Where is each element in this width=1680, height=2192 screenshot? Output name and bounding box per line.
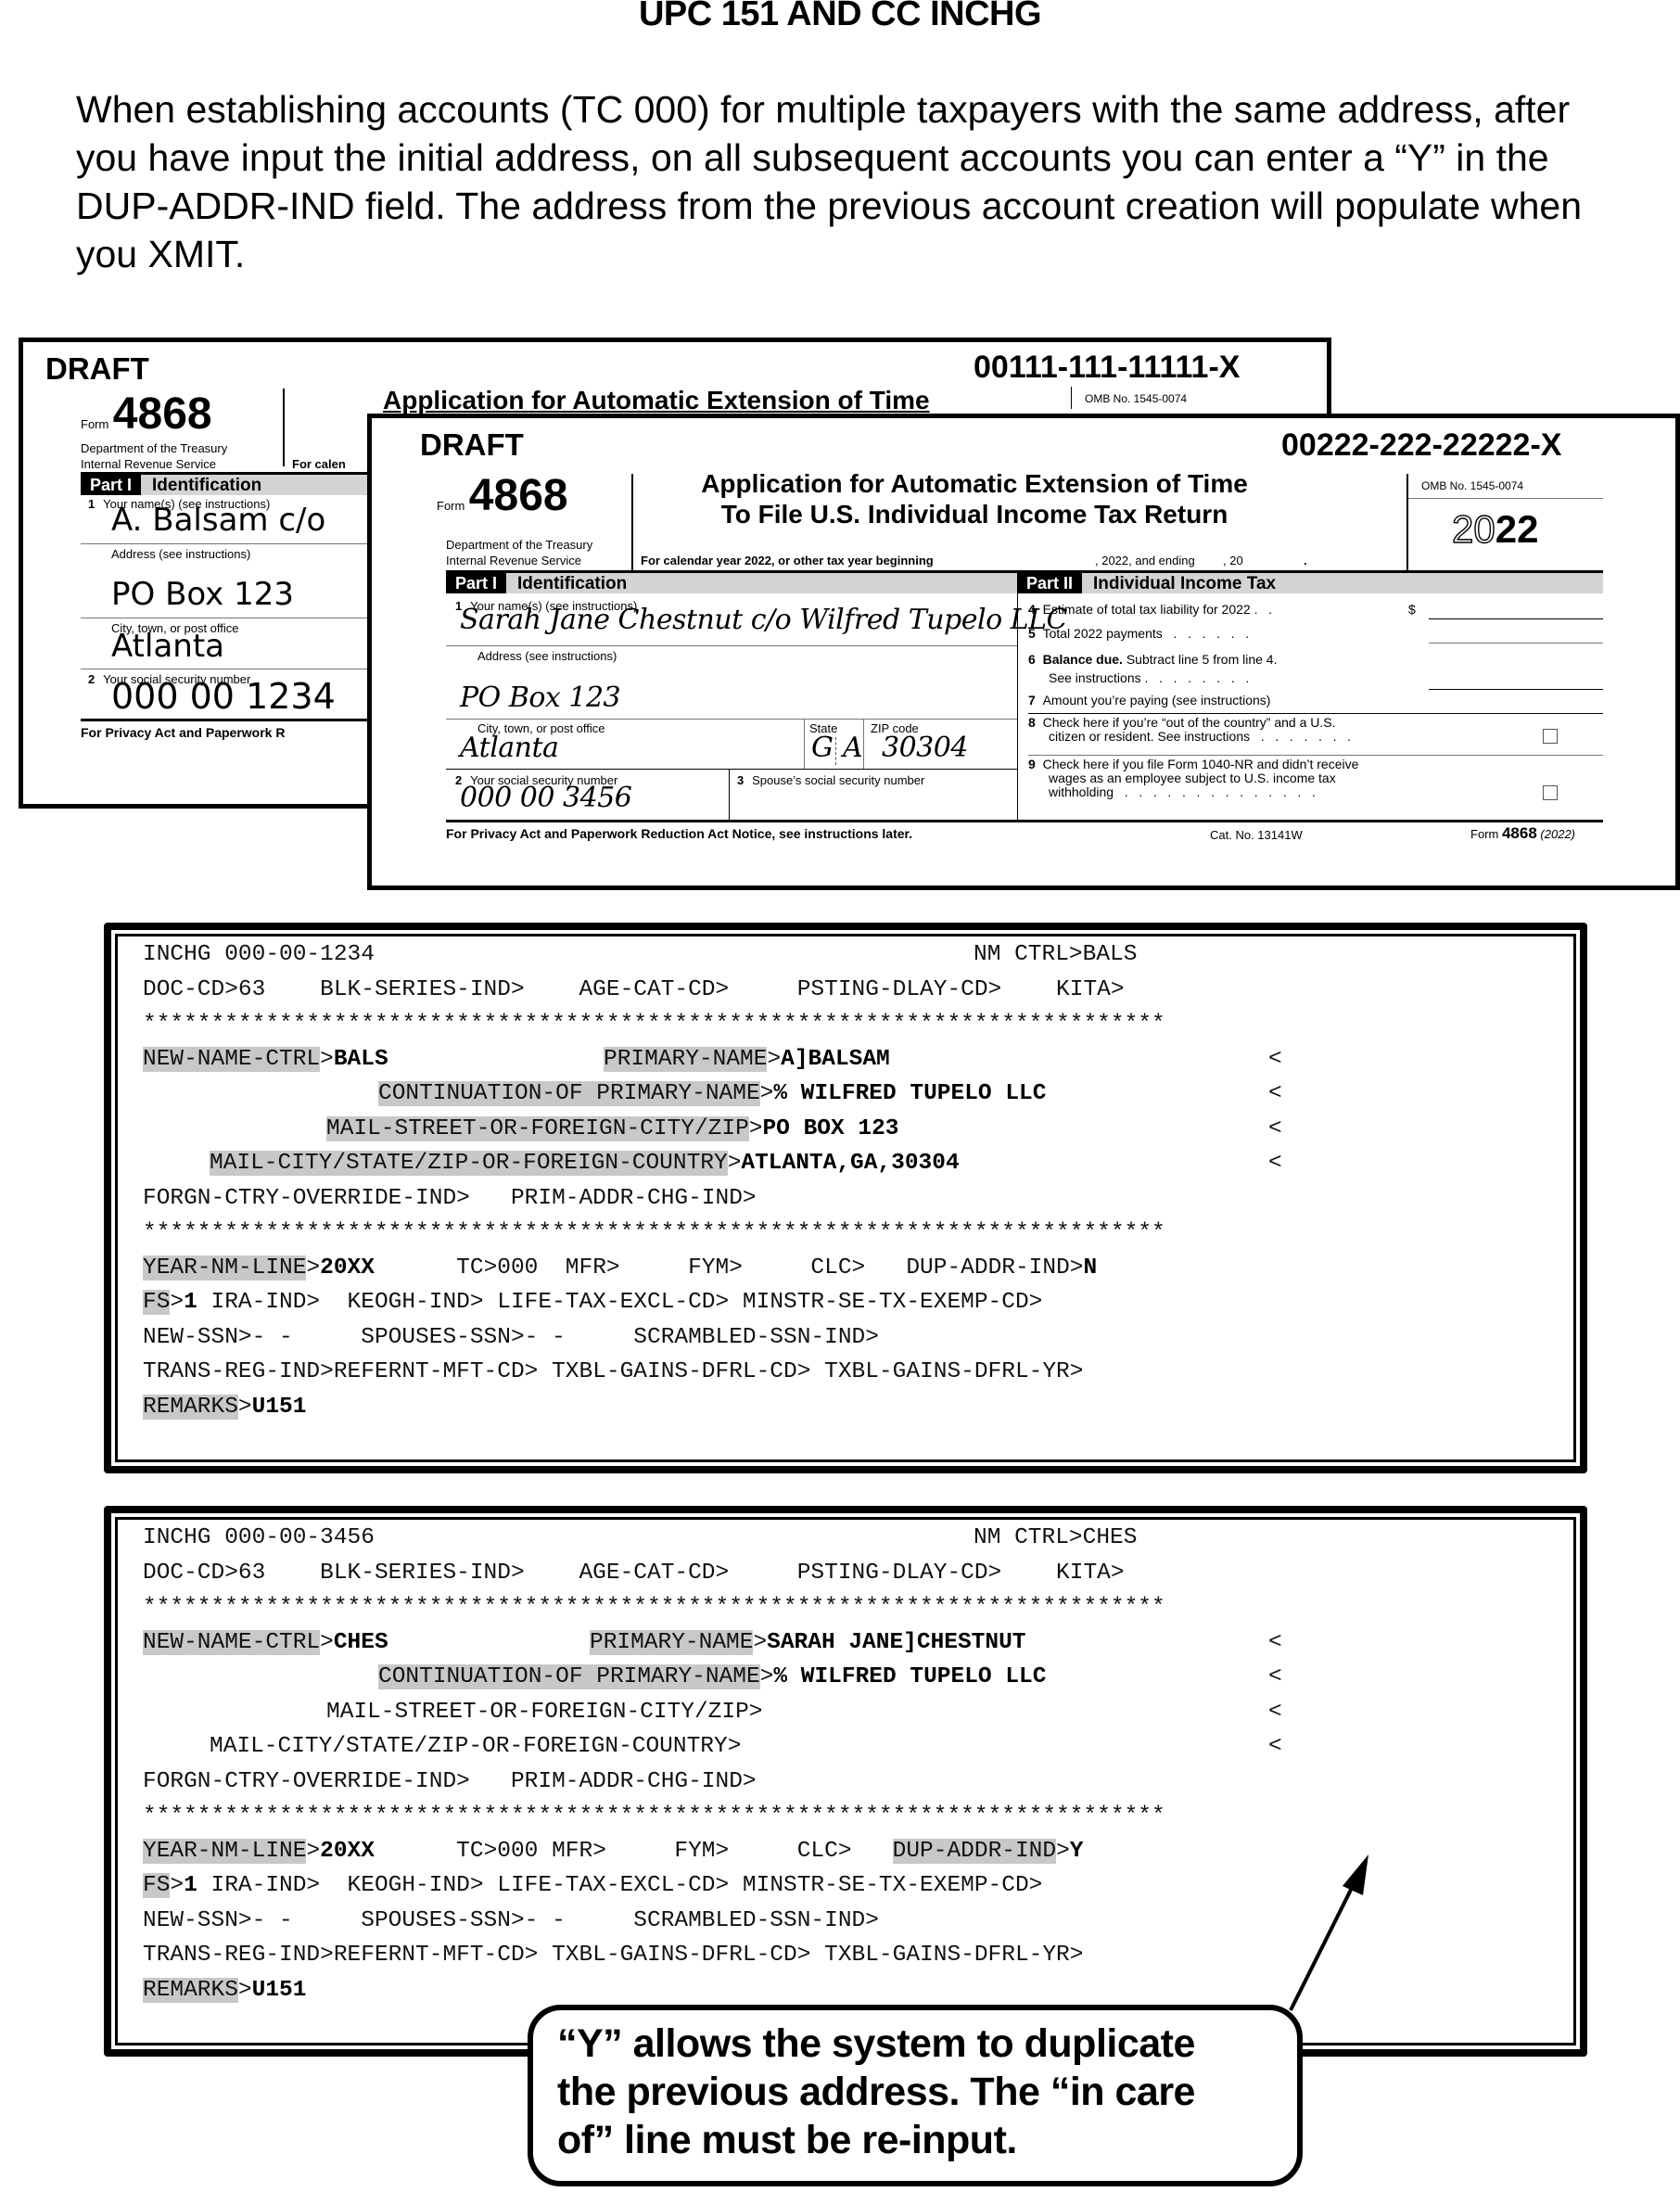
inchg-screen-balsam: INCHG 000-00-1234NM CTRL>BALSDOC-CD>63 B… [104, 923, 1587, 1473]
remarks-label: REMARKS [143, 1395, 238, 1420]
dup-addr-ind-value[interactable]: N [1084, 1255, 1098, 1281]
mail-city-label: MAIL-CITY/STATE/ZIP-OR-FOREIGN-COUNTRY [210, 1151, 728, 1176]
remarks-value[interactable]: U151 [252, 1978, 307, 2003]
primary-name-label: PRIMARY-NAME [590, 1630, 753, 1655]
field-end-marker: < [1268, 1630, 1282, 1655]
omb-number: OMB No. 1545-0074 [1421, 479, 1523, 492]
dup-addr-ind-label: DUP-ADDR-IND [906, 1255, 1069, 1281]
forgn-row-text: FORGN-CTRY-OVERRIDE-IND> PRIM-ADDR-CHG-I… [143, 1769, 757, 1794]
rule [446, 645, 1017, 646]
ssn-row: NEW-SSN>- - SPOUSES-SSN>- - SCRAMBLED-SS… [143, 1320, 879, 1356]
address-value: PO Box 123 [111, 576, 294, 613]
field-end-marker: < [1268, 1151, 1282, 1176]
mail-street-label: MAIL-STREET-OR-FOREIGN-CITY/ZIP [326, 1700, 749, 1725]
ssn-row-text: NEW-SSN>- - SPOUSES-SSN>- - SCRAMBLED-SS… [143, 1908, 879, 1933]
tc-mfr-fields: TC>000 MFR> FYM> CLC> [375, 1255, 906, 1281]
rule [446, 719, 1017, 720]
form-title: Application for Automatic Extension of T… [641, 468, 1308, 529]
dept-line-2: Internal Revenue Service [446, 553, 592, 568]
part2-title: Individual Income Tax [1082, 574, 1276, 593]
address-label: Address (see instructions) [111, 547, 250, 561]
page-title: UPC 151 AND CC INCHG [0, 0, 1680, 34]
city-row: MAIL-CITY/STATE/ZIP-OR-FOREIGN-COUNTRY> [210, 1729, 741, 1765]
nm-ctrl-text: NM CTRL>BALS [974, 942, 1137, 967]
separator-stars: ****************************************… [143, 1595, 1165, 1620]
omb-number: OMB No. 1545-0074 [1085, 392, 1187, 405]
screen-row-codes: DOC-CD>63 BLK-SERIES-IND> AGE-CAT-CD> PS… [143, 973, 1125, 1008]
address-value: PO Box 123 [460, 682, 620, 714]
ssn-row: NEW-SSN>- - SPOUSES-SSN>- - SCRAMBLED-SS… [143, 1904, 879, 1939]
callout-text: “Y” allows the system to duplicate the p… [557, 2020, 1195, 2164]
dln-number: 00111-111-11111-X [974, 350, 1240, 386]
part2-label: Part II [1017, 573, 1082, 593]
codes-row: DOC-CD>63 BLK-SERIES-IND> AGE-CAT-CD> PS… [143, 977, 1125, 1002]
continuation-name-value[interactable]: % WILFRED TUPELO LLC [773, 1664, 1046, 1689]
department: Department of the Treasury Internal Reve… [446, 537, 592, 568]
callout-box: “Y” allows the system to duplicate the p… [528, 2005, 1303, 2186]
end-marker: < [1268, 1077, 1282, 1112]
end-marker: < [1268, 1042, 1282, 1077]
form-word: Form [437, 499, 465, 513]
trans-row: TRANS-REG-IND>REFERNT-MFT-CD> TXBL-GAINS… [143, 1355, 1083, 1390]
part1-title: Identification [506, 574, 627, 593]
end-marker: < [1268, 1660, 1282, 1695]
forgn-row: FORGN-CTRY-OVERRIDE-IND> PRIM-ADDR-CHG-I… [143, 1181, 757, 1217]
state-value-2: A [843, 732, 862, 764]
draft-label: DRAFT [420, 427, 524, 463]
line-5: 5 Total 2022 payments . . . . . . [1028, 626, 1603, 652]
city-value: Atlanta [111, 628, 224, 665]
dup-addr-ind-value[interactable]: Y [1070, 1839, 1084, 1864]
separator: ****************************************… [143, 1007, 1165, 1042]
nm-ctrl-text: NM CTRL>CHES [974, 1525, 1137, 1550]
part2-lines: 4 Estimate of total tax liability for 20… [1028, 602, 1603, 804]
part1-header: Part IIdentification [446, 573, 627, 594]
street-row: MAIL-STREET-OR-FOREIGN-CITY/ZIP> [326, 1695, 762, 1730]
field-end-marker: < [1268, 1734, 1282, 1759]
divider [804, 719, 805, 769]
trans-row-text: TRANS-REG-IND>REFERNT-MFT-CD> TXBL-GAINS… [143, 1943, 1083, 1968]
draft-label: DRAFT [45, 351, 149, 387]
form-number-block: Form 4868 [81, 389, 212, 440]
rule [1408, 498, 1603, 499]
trans-row-text: TRANS-REG-IND>REFERNT-MFT-CD> TXBL-GAINS… [143, 1359, 1083, 1384]
separator: ****************************************… [143, 1216, 1165, 1251]
calendar-dot: . [1304, 554, 1307, 567]
dept-line-2: Internal Revenue Service [81, 456, 227, 472]
address-label: Address (see instructions) [477, 649, 617, 663]
part2-header: Part IIIndividual Income Tax [1017, 573, 1276, 594]
amount-field-6[interactable] [1429, 689, 1603, 690]
name-value: Sarah Jane Chestnut c/o Wilfred Tupelo L… [460, 604, 1067, 636]
fs-row-fields: IRA-IND> KEOGH-IND> LIFE-TAX-EXCL-CD> MI… [197, 1290, 1043, 1315]
field-end-marker: < [1268, 1664, 1282, 1689]
new-name-ctrl-label: NEW-NAME-CTRL [143, 1047, 320, 1072]
screen-command: INCHG 000-00-3456 [143, 1521, 375, 1556]
screen-row-codes: DOC-CD>63 BLK-SERIES-IND> AGE-CAT-CD> PS… [143, 1556, 1125, 1591]
divider [283, 389, 285, 466]
end-marker: < [1268, 1625, 1282, 1661]
name-control-display: NM CTRL>CHES [974, 1521, 1137, 1556]
dept-line-1: Department of the Treasury [81, 440, 227, 456]
field-end-marker: < [1268, 1047, 1282, 1072]
city-row: MAIL-CITY/STATE/ZIP-OR-FOREIGN-COUNTRY>A… [210, 1146, 960, 1181]
mail-city-label: MAIL-CITY/STATE/ZIP-OR-FOREIGN-COUNTRY [210, 1734, 728, 1759]
amount-field-5[interactable] [1429, 643, 1603, 644]
line-8: 8 Check here if you’re “out of the count… [1028, 714, 1603, 756]
year-row: YEAR-NM-LINE>20XX TC>000 MFR> FYM> CLC> … [143, 1251, 1097, 1286]
form-word: Form [81, 417, 108, 431]
part1-label: Part I [81, 475, 141, 495]
name-value: A. Balsam c/o [111, 502, 325, 539]
line-6: 6 Balance due. Subtract line 5 from line… [1028, 652, 1603, 693]
form-4868-chestnut: DRAFT 00222-222-22222-X Form 4868 Applic… [367, 414, 1680, 890]
remarks-label: REMARKS [143, 1978, 238, 2003]
new-name-ctrl-row: NEW-NAME-CTRL>CHES [143, 1625, 388, 1661]
divider [1071, 387, 1072, 409]
remarks-row: REMARKS>U151 [143, 1390, 306, 1425]
field-end-marker: < [1268, 1081, 1282, 1106]
line-9: 9 Check here if you file Form 1040-NR an… [1028, 756, 1603, 804]
tc-mfr-fields: TC>000 MFR> FYM> CLC> [375, 1839, 893, 1864]
line-7: 7 Amount you’re paying (see instructions… [1028, 693, 1603, 714]
street-row: MAIL-STREET-OR-FOREIGN-CITY/ZIP>PO BOX 1… [326, 1112, 899, 1147]
separator-stars: ****************************************… [143, 1803, 1165, 1829]
fs-row: FS>1 IRA-IND> KEOGH-IND> LIFE-TAX-EXCL-C… [143, 1868, 1042, 1904]
line3-label: 3 Spouse’s social security number [737, 772, 924, 789]
primary-name-label: PRIMARY-NAME [604, 1047, 767, 1072]
fs-label: FS [143, 1290, 170, 1315]
dup-addr-ind-label: DUP-ADDR-IND [893, 1839, 1056, 1864]
separator-stars: ****************************************… [143, 1220, 1165, 1245]
ssn-value: 000 00 1234 [111, 676, 336, 717]
calendar-year-text: For calen [292, 457, 346, 471]
continuation-name-label: CONTINUATION-OF PRIMARY-NAME [378, 1081, 760, 1106]
divider [863, 719, 864, 769]
separator: ****************************************… [143, 1590, 1165, 1625]
privacy-footer: For Privacy Act and Paperwork R [81, 725, 285, 740]
divider [631, 474, 633, 572]
end-marker: < [1268, 1729, 1282, 1765]
title-line-1: Application for Automatic Extension of T… [641, 468, 1308, 499]
codes-row: DOC-CD>63 BLK-SERIES-IND> AGE-CAT-CD> PS… [143, 1561, 1125, 1586]
end-marker: < [1268, 1695, 1282, 1730]
fs-value[interactable]: 1 [184, 1873, 197, 1898]
trans-row: TRANS-REG-IND>REFERNT-MFT-CD> TXBL-GAINS… [143, 1938, 1083, 1973]
new-name-ctrl-row: NEW-NAME-CTRL>BALS [143, 1042, 388, 1077]
form-title: Application for Automatic Extension of T… [383, 385, 930, 415]
primary-name-value[interactable]: A]BALSAM [781, 1047, 890, 1072]
calendar-year-text: For calendar year 2022, or other tax yea… [641, 554, 934, 567]
dollar-sign: $ [1408, 602, 1416, 617]
checkbox-out-of-country[interactable] [1543, 729, 1558, 744]
continuation-name-label: CONTINUATION-OF PRIMARY-NAME [378, 1664, 760, 1689]
field-end-marker: < [1268, 1700, 1282, 1725]
city-value: Atlanta [460, 732, 558, 764]
field-end-marker: < [1268, 1116, 1282, 1141]
rule [446, 820, 1603, 822]
privacy-footer: For Privacy Act and Paperwork Reduction … [446, 826, 912, 841]
mail-city-value[interactable]: ATLANTA,GA,30304 [741, 1151, 959, 1176]
fs-row-fields: IRA-IND> KEOGH-IND> LIFE-TAX-EXCL-CD> MI… [197, 1873, 1043, 1898]
fs-label: FS [143, 1873, 170, 1898]
form-footer-id: Form 4868 (2022) [1470, 824, 1575, 843]
calendar-mid: , 2022, and ending [1095, 554, 1195, 567]
new-name-ctrl-value[interactable]: CHES [334, 1630, 388, 1655]
divider [729, 769, 730, 820]
mail-street-label: MAIL-STREET-OR-FOREIGN-CITY/ZIP [326, 1116, 749, 1141]
inchg-screen-chestnut: INCHG 000-00-3456NM CTRL>CHESDOC-CD>63 B… [104, 1506, 1587, 2057]
year-row: YEAR-NM-LINE>20XX TC>000 MFR> FYM> CLC> … [143, 1834, 1084, 1869]
year-nm-line-label: YEAR-NM-LINE [143, 1255, 306, 1281]
zip-value: 30304 [882, 732, 968, 764]
separator-stars: ****************************************… [143, 1012, 1165, 1037]
remarks-row: REMARKS>U151 [143, 1973, 306, 2008]
fs-value[interactable]: 1 [184, 1290, 197, 1315]
continuation-row: CONTINUATION-OF PRIMARY-NAME>% WILFRED T… [378, 1077, 1046, 1112]
divider [1406, 474, 1408, 572]
remarks-value[interactable]: U151 [252, 1395, 307, 1420]
end-marker: < [1268, 1146, 1282, 1181]
part1-label: Part I [446, 573, 506, 593]
form-number-block: Form 4868 [437, 470, 568, 521]
command-text: INCHG 000-00-3456 [143, 1525, 375, 1550]
name-control-display: NM CTRL>BALS [974, 937, 1137, 973]
dln-number: 00222-222-22222-X [1281, 427, 1561, 464]
department: Department of the Treasury Internal Reve… [81, 440, 227, 472]
continuation-row: CONTINUATION-OF PRIMARY-NAME>% WILFRED T… [378, 1660, 1046, 1695]
year-nm-line-value[interactable]: 20XX [320, 1839, 375, 1864]
primary-name-row: PRIMARY-NAME>SARAH JANE]CHESTNUT [590, 1625, 1026, 1661]
new-name-ctrl-value[interactable]: BALS [334, 1047, 388, 1072]
forgn-row-text: FORGN-CTRY-OVERRIDE-IND> PRIM-ADDR-CHG-I… [143, 1186, 757, 1211]
amount-field-4[interactable] [1429, 618, 1603, 619]
ssn-value: 000 00 3456 [460, 782, 631, 814]
mail-street-value[interactable]: PO BOX 123 [762, 1116, 898, 1141]
divider [835, 737, 836, 765]
tax-year: 2022 [1452, 507, 1538, 552]
ssn-row-text: NEW-SSN>- - SPOUSES-SSN>- - SCRAMBLED-SS… [143, 1325, 879, 1350]
primary-name-value[interactable]: SARAH JANE]CHESTNUT [767, 1630, 1025, 1655]
part1-title: Identification [141, 476, 261, 495]
fs-row: FS>1 IRA-IND> KEOGH-IND> LIFE-TAX-EXCL-C… [143, 1285, 1042, 1320]
state-value-1: G [811, 732, 833, 764]
continuation-name-value[interactable]: % WILFRED TUPELO LLC [773, 1081, 1046, 1106]
title-line-2: To File U.S. Individual Income Tax Retur… [641, 499, 1308, 529]
intro-paragraph: When establishing accounts (TC 000) for … [76, 85, 1615, 278]
end-marker: < [1268, 1112, 1282, 1147]
command-text: INCHG 000-00-1234 [143, 942, 375, 967]
form-number: 4868 [113, 389, 212, 439]
forgn-row: FORGN-CTRY-OVERRIDE-IND> PRIM-ADDR-CHG-I… [143, 1765, 757, 1800]
cat-number: Cat. No. 13141W [1210, 828, 1303, 842]
rule [446, 769, 1017, 770]
form-number: 4868 [469, 471, 568, 520]
line-4: 4 Estimate of total tax liability for 20… [1028, 602, 1603, 626]
dept-line-1: Department of the Treasury [446, 537, 592, 553]
checkbox-1040nr[interactable] [1543, 785, 1558, 800]
screen-command: INCHG 000-00-1234 [143, 937, 375, 973]
year-nm-line-value[interactable]: 20XX [320, 1255, 375, 1281]
primary-name-row: PRIMARY-NAME>A]BALSAM [604, 1042, 890, 1077]
year-nm-line-label: YEAR-NM-LINE [143, 1839, 306, 1864]
separator: ****************************************… [143, 1799, 1165, 1834]
new-name-ctrl-label: NEW-NAME-CTRL [143, 1630, 320, 1655]
calendar-end: , 20 [1223, 554, 1243, 567]
